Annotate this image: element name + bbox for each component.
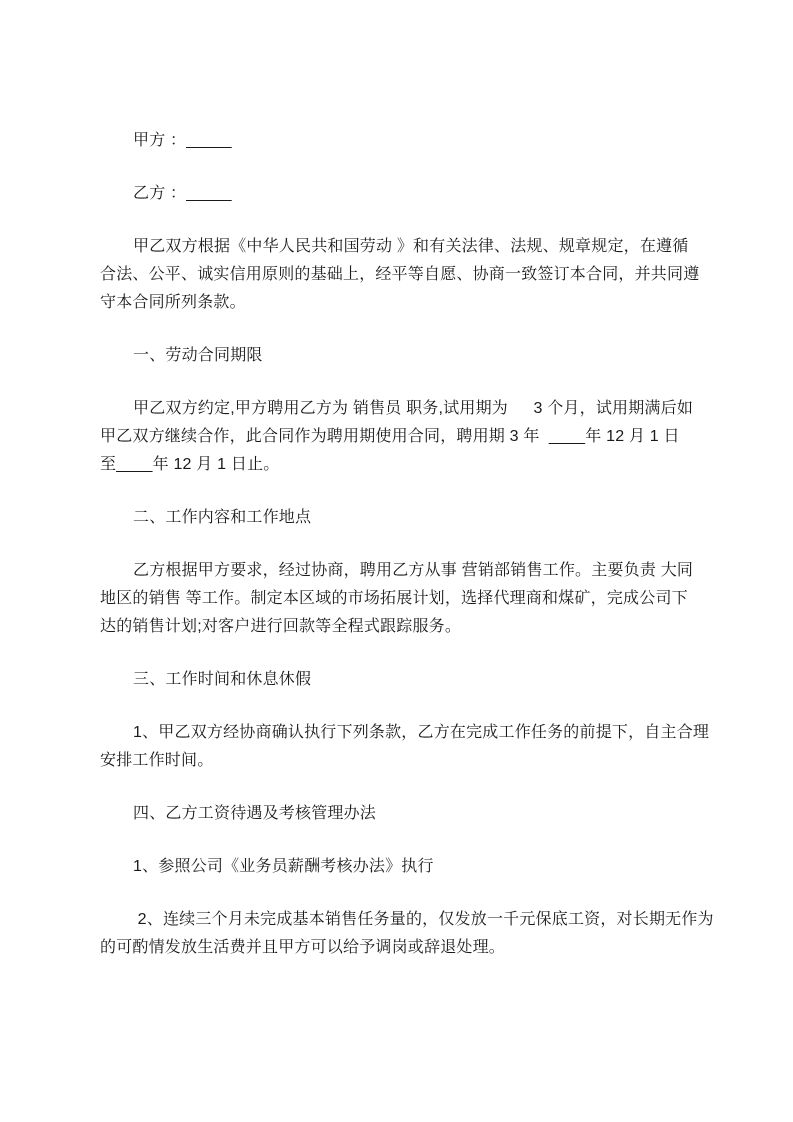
section-2-paragraph: 乙方根据甲方要求，经过协商，聘用乙方从事 营销部销售工作。主要负责 大同 地区的… — [100, 557, 712, 641]
preamble-line: 守本合同所列条款。 — [100, 289, 712, 317]
section-2-paragraph-line: 乙方根据甲方要求，经过协商，聘用乙方从事 营销部销售工作。主要负责 大同 — [100, 557, 712, 585]
section-4-item-1: 1、参照公司《业务员薪酬考核办法》执行 — [100, 853, 712, 881]
contract-document-page: 甲方 ：_____ 乙方 ：_____ 甲乙双方根据《中华人民共和国劳动 》和有… — [0, 0, 793, 1122]
section-1-heading: 一、劳动合同期限 — [100, 342, 712, 370]
section-4-item-2-line: 2、连续三个月未完成基本销售任务量的，仅发放一千元保底工资，对长期无作为 — [100, 906, 712, 934]
section-1-paragraph-line: 甲乙双方约定,甲方聘用乙方为 销售员 职务,试用期为 3 个月，试用期满后如 — [100, 395, 712, 423]
preamble-line: 甲乙双方根据《中华人民共和国劳动 》和有关法律、法规、规章规定，在遵循 — [100, 233, 712, 261]
section-3-heading: 三、工作时间和休息休假 — [100, 666, 712, 694]
preamble-paragraph: 甲乙双方根据《中华人民共和国劳动 》和有关法律、法规、规章规定，在遵循 合法、公… — [100, 233, 712, 317]
section-3-paragraph: 1、甲乙双方经协商确认执行下列条款，乙方在完成工作任务的前提下，自主合理 安排工… — [100, 719, 712, 775]
section-4-heading-block: 四、乙方工资待遇及考核管理办法 — [100, 800, 712, 828]
section-3-paragraph-line: 1、甲乙双方经协商确认执行下列条款，乙方在完成工作任务的前提下，自主合理 — [100, 719, 712, 747]
section-3-heading-block: 三、工作时间和休息休假 — [100, 666, 712, 694]
section-1-paragraph-line: 甲乙双方继续合作，此合同作为聘用期使用合同，聘用期 3 年 ____年 12 月… — [100, 423, 712, 451]
document-content: 甲方 ：_____ 乙方 ：_____ 甲乙双方根据《中华人民共和国劳动 》和有… — [100, 127, 712, 987]
party-b-field: 乙方 ：_____ — [100, 180, 712, 208]
section-2-heading: 二、工作内容和工作地点 — [100, 504, 712, 532]
preamble-line: 合法、公平、诚实信用原则的基础上，经平等自愿、协商一致签订本合同，并共同遵 — [100, 261, 712, 289]
section-1-paragraph-line: 至____年 12 月 1 日止。 — [100, 451, 712, 479]
section-3-paragraph-line: 安排工作时间。 — [100, 747, 712, 775]
section-2-paragraph-line: 地区的销售 等工作。制定本区域的市场拓展计划，选择代理商和煤矿，完成公司下 — [100, 585, 712, 613]
party-a-block: 甲方 ：_____ — [100, 127, 712, 155]
section-4-heading: 四、乙方工资待遇及考核管理办法 — [100, 800, 712, 828]
section-4-item-1-block: 1、参照公司《业务员薪酬考核办法》执行 — [100, 853, 712, 881]
section-4-item-2-line: 的可酌情发放生活费并且甲方可以给予调岗或辞退处理。 — [100, 934, 712, 962]
section-2-paragraph-line: 达的销售计划;对客户进行回款等全程式跟踪服务。 — [100, 613, 712, 641]
section-2-heading-block: 二、工作内容和工作地点 — [100, 504, 712, 532]
section-1-heading-block: 一、劳动合同期限 — [100, 342, 712, 370]
section-4-item-2-block: 2、连续三个月未完成基本销售任务量的，仅发放一千元保底工资，对长期无作为 的可酌… — [100, 906, 712, 962]
section-1-paragraph: 甲乙双方约定,甲方聘用乙方为 销售员 职务,试用期为 3 个月，试用期满后如 甲… — [100, 395, 712, 479]
party-a-field: 甲方 ：_____ — [100, 127, 712, 155]
party-b-block: 乙方 ：_____ — [100, 180, 712, 208]
